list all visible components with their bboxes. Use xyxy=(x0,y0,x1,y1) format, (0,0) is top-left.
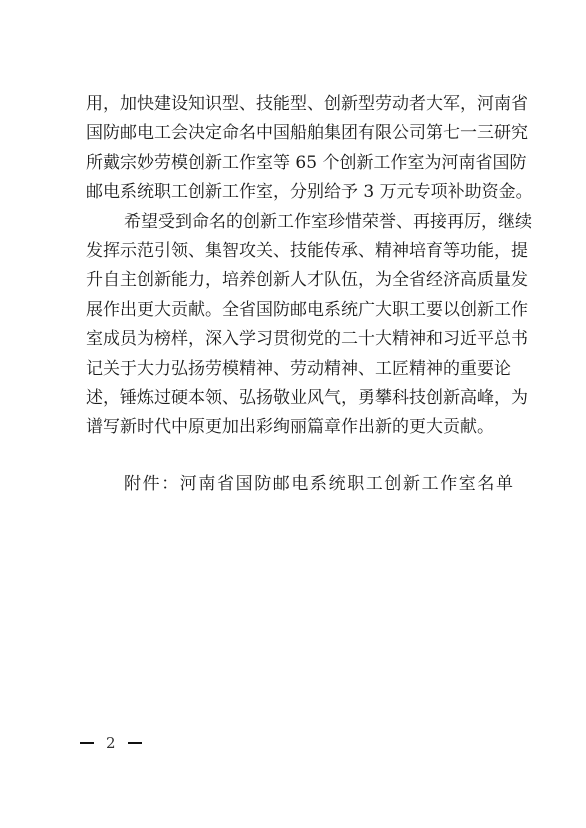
document-page: 用，加快建设知识型、技能型、创新型劳动者大军，河南省 国防邮电工会决定命名中国船… xyxy=(0,0,586,828)
body-text: 用，加快建设知识型、技能型、创新型劳动者大军，河南省 国防邮电工会决定命名中国船… xyxy=(86,90,510,443)
text-line: 所戴宗妙劳模创新工作室等 65 个创新工作室为河南省国防 xyxy=(86,149,510,178)
paragraph-2: 希望受到命名的创新工作室珍惜荣誉、再接再厉，继续 发挥示范引领、集智攻关、技能传… xyxy=(86,208,510,443)
text-line: 室成员为榜样，深入学习贯彻党的二十大精神和习近平总书 xyxy=(86,325,510,354)
paragraph-1: 用，加快建设知识型、技能型、创新型劳动者大军，河南省 国防邮电工会决定命名中国船… xyxy=(86,90,510,208)
text-line: 述，锤炼过硬本领、弘扬敬业风气，勇攀科技创新高峰，为 xyxy=(86,384,510,413)
text-line: 国防邮电工会决定命名中国船舶集团有限公司第七一三研究 xyxy=(86,119,510,148)
attachment-note: 附件：河南省国防邮电系统职工创新工作室名单 xyxy=(124,470,515,499)
text-line: 邮电系统职工创新工作室，分别给予 3 万元专项补助资金。 xyxy=(86,178,510,207)
text-line: 展作出更大贡献。全省国防邮电系统广大职工要以创新工作 xyxy=(86,296,510,325)
text-line: 记关于大力弘扬劳模精神、劳动精神、工匠精神的重要论 xyxy=(86,355,510,384)
dash-right xyxy=(128,742,142,744)
text-line: 升自主创新能力，培养创新人才队伍，为全省经济高质量发 xyxy=(86,266,510,295)
page-number: 2 xyxy=(80,734,142,752)
text-line: 希望受到命名的创新工作室珍惜荣誉、再接再厉，继续 xyxy=(86,208,510,237)
text-line: 谱写新时代中原更加出彩绚丽篇章作出新的更大贡献。 xyxy=(86,413,510,442)
text-line: 发挥示范引领、集智攻关、技能传承、精神培育等功能，提 xyxy=(86,237,510,266)
text-line: 用，加快建设知识型、技能型、创新型劳动者大军，河南省 xyxy=(86,90,510,119)
dash-left xyxy=(80,742,94,744)
page-number-value: 2 xyxy=(106,734,116,752)
